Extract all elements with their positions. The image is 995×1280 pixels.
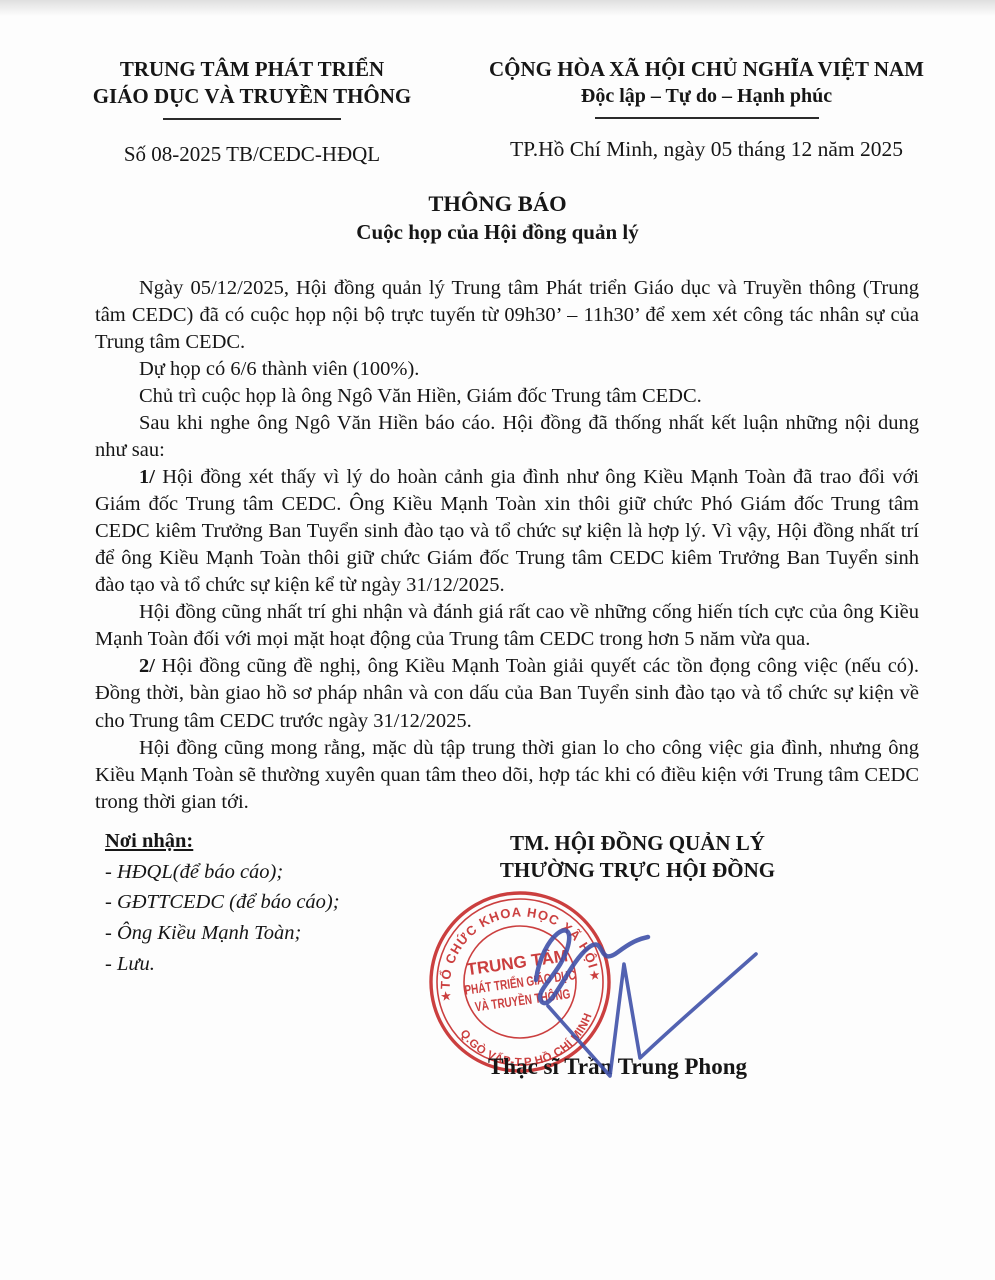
paragraph-text: Chủ trì cuộc họp là ông Ngô Văn Hiền, Gi… (139, 385, 702, 407)
paragraph: 1/ Hội đồng xét thấy vì lý do hoàn cảnh … (95, 464, 919, 599)
paragraph-text: Hội đồng cũng mong rằng, mặc dù tập trun… (95, 737, 919, 813)
paragraph-text: Hội đồng cũng đề nghị, ông Kiều Mạnh Toà… (95, 655, 919, 731)
scanned-document-page: TRUNG TÂM PHÁT TRIỂN GIÁO DỤC VÀ TRUYỀN … (0, 0, 995, 1280)
document-number: Số 08-2025 TB/CEDC-HĐQL (56, 142, 448, 167)
signing-authority-line2: THƯỜNG TRỰC HỘI ĐỒNG (350, 857, 925, 884)
org-name-line2: GIÁO DỤC VÀ TRUYỀN THÔNG (56, 83, 448, 110)
paragraph-text: Sau khi nghe ông Ngô Văn Hiền báo cáo. H… (95, 412, 919, 461)
signing-authority: TM. HỘI ĐỒNG QUẢN LÝ THƯỜNG TRỰC HỘI ĐỒN… (350, 830, 925, 885)
recipients-block: Nơi nhận: - HĐQL(để báo cáo); - GĐTTCEDC… (0, 830, 350, 1230)
place-and-date: TP.Hồ Chí Minh, ngày 05 tháng 12 năm 202… (448, 137, 965, 162)
paragraph: Ngày 05/12/2025, Hội đồng quản lý Trung … (95, 275, 919, 356)
star-icon: ★ (439, 987, 453, 1003)
title-block: THÔNG BÁO Cuộc họp của Hội đồng quản lý (0, 191, 995, 245)
document-header: TRUNG TÂM PHÁT TRIỂN GIÁO DỤC VÀ TRUYỀN … (0, 0, 995, 167)
paragraph: 2/ Hội đồng cũng đề nghị, ông Kiều Mạnh … (95, 653, 919, 734)
paragraph: Dự họp có 6/6 thành viên (100%). (95, 356, 919, 383)
national-title: CỘNG HÒA XÃ HỘI CHỦ NGHĨA VIỆT NAM (448, 56, 965, 83)
paragraph-text: Hội đồng cũng nhất trí ghi nhận và đánh … (95, 601, 919, 650)
signature-block: TM. HỘI ĐỒNG QUẢN LÝ THƯỜNG TRỰC HỘI ĐỒN… (350, 830, 995, 1230)
paragraph: Hội đồng cũng nhất trí ghi nhận và đánh … (95, 599, 919, 653)
paragraph: Hội đồng cũng mong rằng, mặc dù tập trun… (95, 735, 919, 816)
recipients-heading: Nơi nhận: (105, 830, 350, 853)
document-subtitle: Cuộc họp của Hội đồng quản lý (0, 220, 995, 245)
issuing-org-block: TRUNG TÂM PHÁT TRIỂN GIÁO DỤC VÀ TRUYỀN … (56, 56, 448, 167)
org-name-line1: TRUNG TÂM PHÁT TRIỂN (56, 56, 448, 83)
paragraph: Chủ trì cuộc họp là ông Ngô Văn Hiền, Gi… (95, 383, 919, 410)
recipient-item: - Ông Kiều Mạnh Toàn; (105, 918, 350, 949)
recipient-item: - Lưu. (105, 949, 350, 980)
signing-authority-line1: TM. HỘI ĐỒNG QUẢN LÝ (350, 830, 925, 857)
national-motto: Độc lập – Tự do – Hạnh phúc (448, 83, 965, 109)
handwritten-signature-icon (498, 908, 768, 1093)
document-footer: Nơi nhận: - HĐQL(để báo cáo); - GĐTTCEDC… (0, 830, 995, 1230)
paragraph-text: Ngày 05/12/2025, Hội đồng quản lý Trung … (95, 277, 919, 353)
paragraph-text: Hội đồng xét thấy vì lý do hoàn cảnh gia… (95, 466, 919, 596)
recipient-item: - GĐTTCEDC (để báo cáo); (105, 887, 350, 918)
scan-edge-shadow (0, 0, 995, 16)
document-title: THÔNG BÁO (0, 191, 995, 217)
paragraph-prefix: 1/ (139, 466, 162, 488)
paragraph-text: Dự họp có 6/6 thành viên (100%). (139, 358, 419, 380)
national-header-block: CỘNG HÒA XÃ HỘI CHỦ NGHĨA VIỆT NAM Độc l… (448, 56, 965, 167)
header-separator-line (595, 117, 819, 119)
document-body: Ngày 05/12/2025, Hội đồng quản lý Trung … (0, 275, 995, 816)
header-separator-line (163, 118, 341, 120)
paragraph-prefix: 2/ (139, 655, 162, 677)
paragraph: Sau khi nghe ông Ngô Văn Hiền báo cáo. H… (95, 410, 919, 464)
recipient-item: - HĐQL(để báo cáo); (105, 857, 350, 888)
